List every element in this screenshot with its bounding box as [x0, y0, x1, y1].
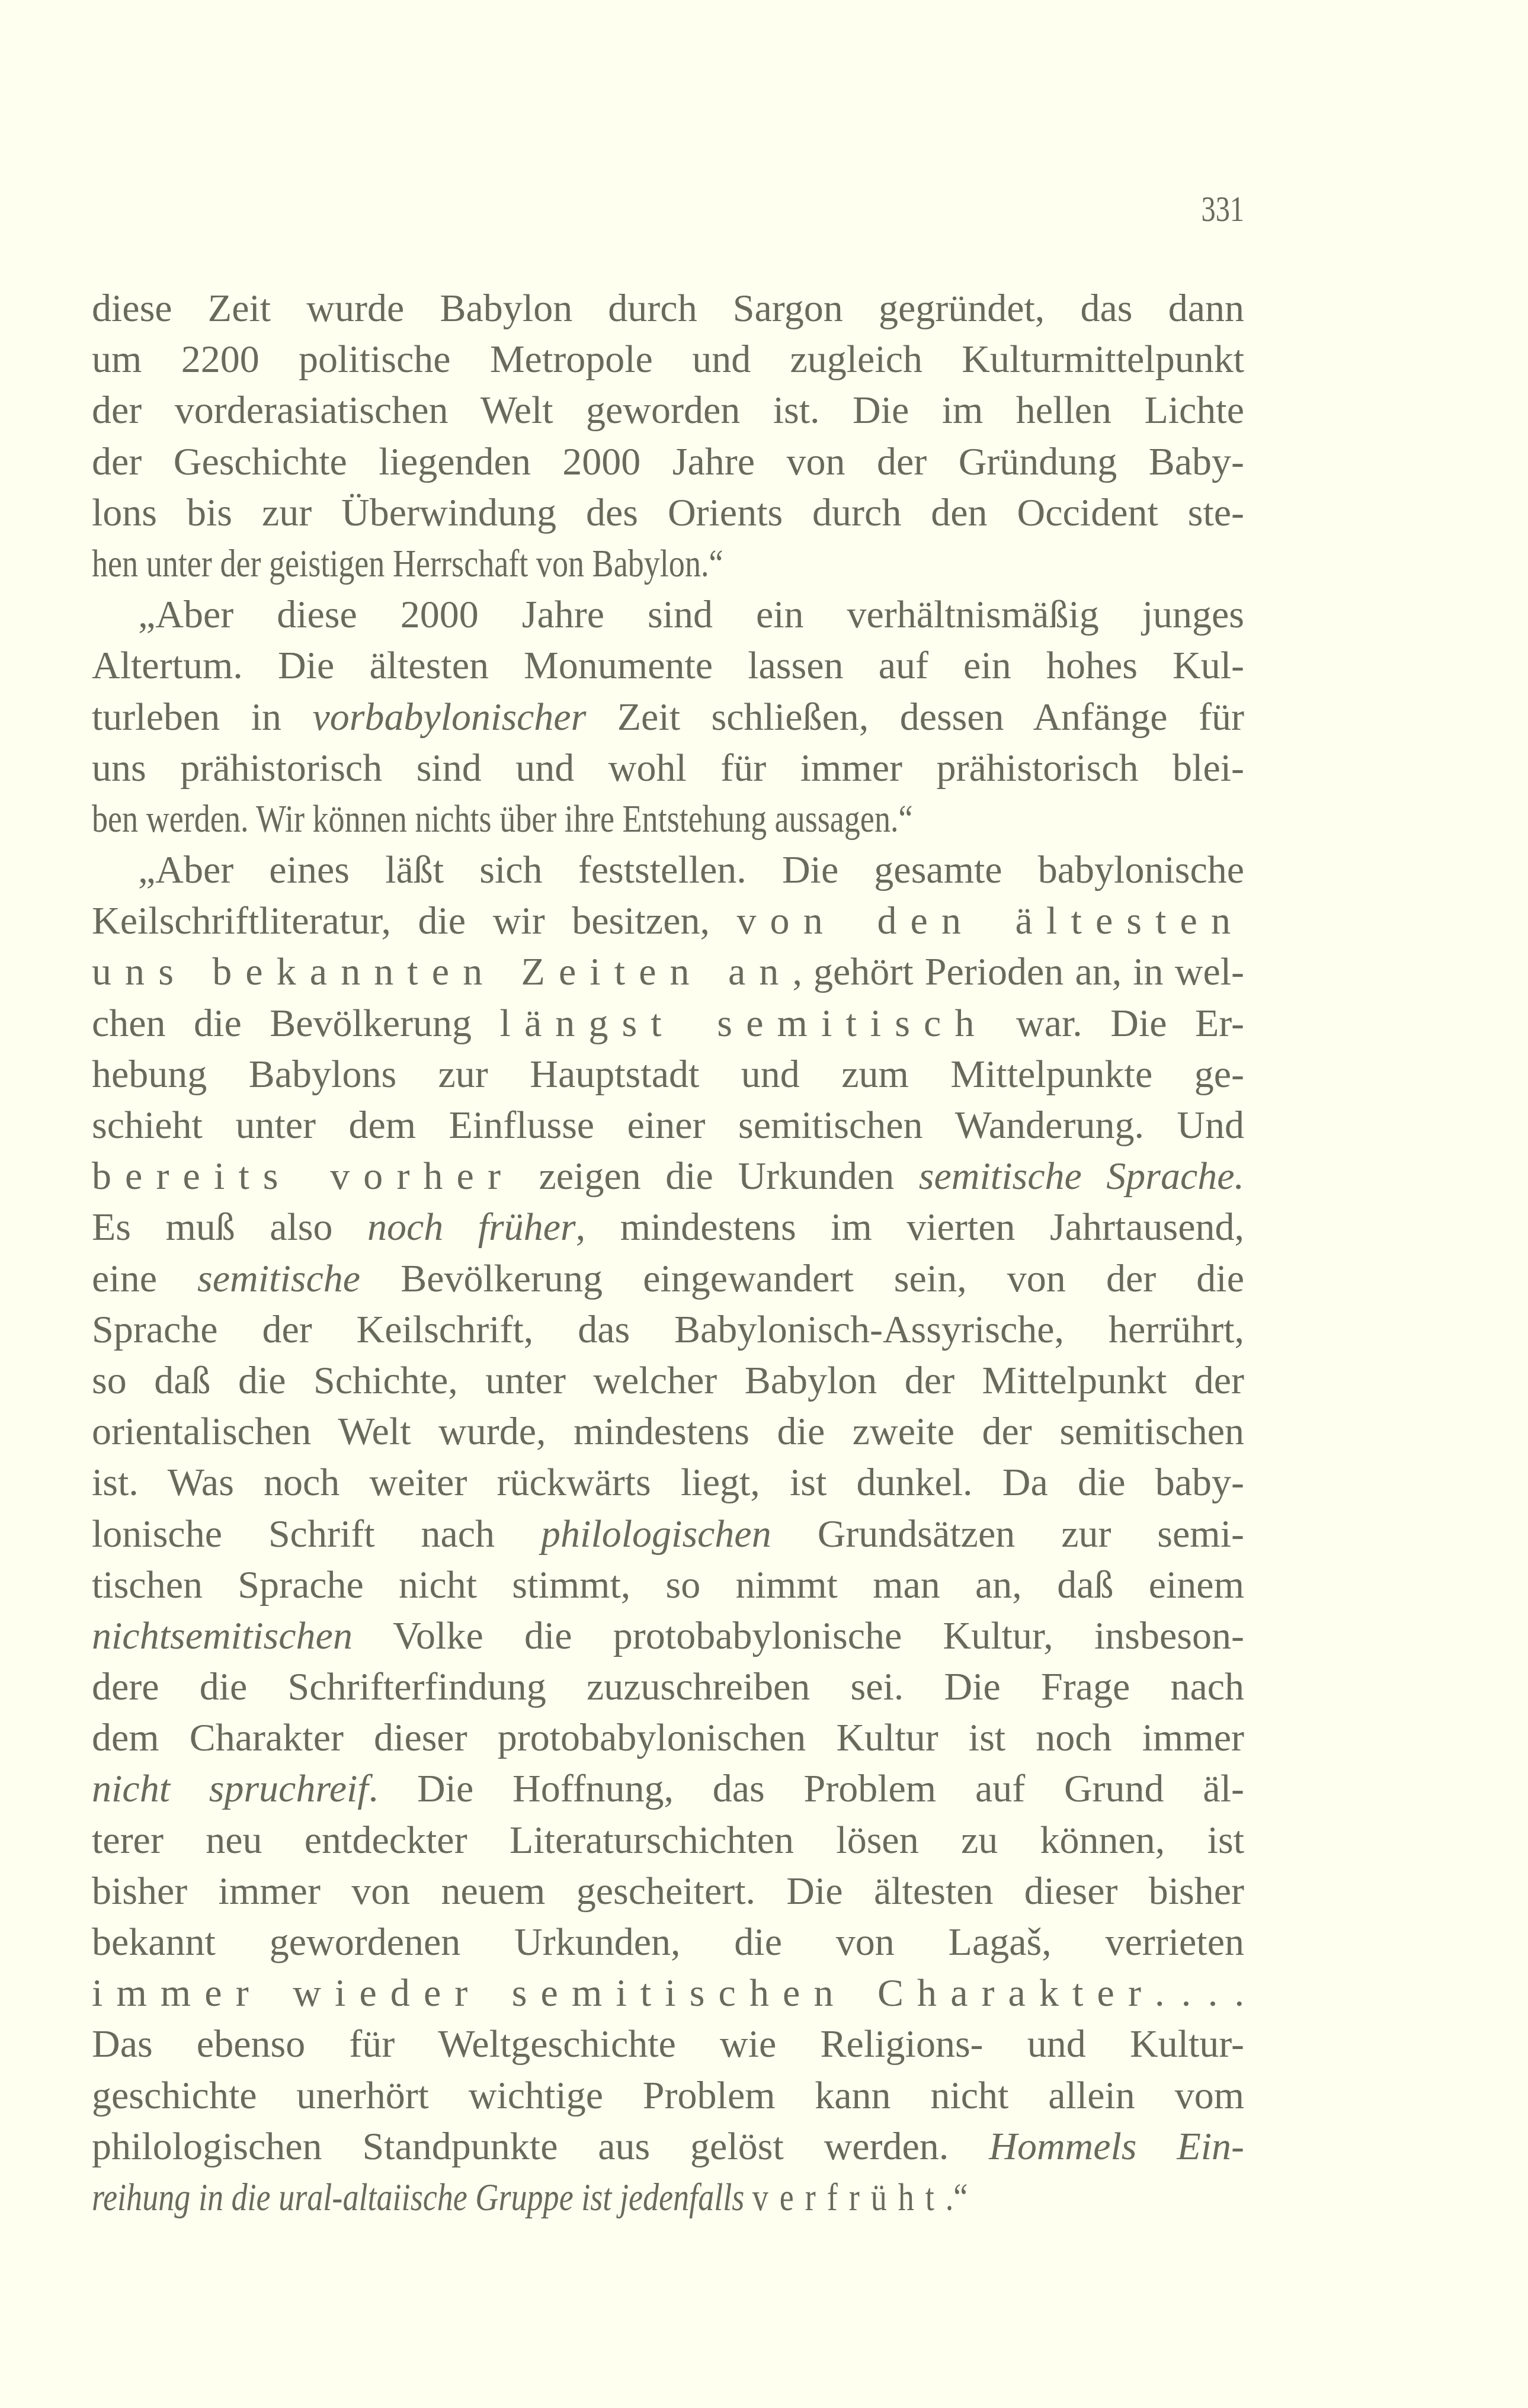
text-line-content: immer wieder semitischen Charakter. . . …	[92, 1968, 1244, 2019]
text-line-content: dere die Schrifterfindung zuzuschreiben …	[92, 1662, 1244, 1713]
italic-emphasis: nichtsemitischen	[92, 1614, 353, 1657]
text-line-content: uns bekannten Zeiten an, gehört Perioden…	[92, 947, 1244, 998]
italic-emphasis: noch früher	[367, 1205, 576, 1249]
text-line: Keilschriftliteratur, die wir besitzen, …	[92, 896, 1244, 947]
text-line: der vorderasiatischen Welt geworden ist.…	[92, 385, 1244, 436]
spaced-emphasis: immer wieder semitischen Charakter	[92, 1971, 1155, 2015]
text-line: dere die Schrifterfindung zuzuschreiben …	[92, 1662, 1244, 1713]
italic-emphasis: reihung in die ural-altaiische Gruppe is…	[92, 2176, 744, 2219]
text-line-content: Sprache der Keilschrift, das Babylonisch…	[92, 1304, 1244, 1355]
text-line: „Aber diese 2000 Jahre sind ein verhältn…	[92, 589, 1244, 640]
text-line: diese Zeit wurde Babylon durch Sargon ge…	[92, 283, 1244, 334]
text-line: ist. Was noch weiter rückwärts liegt, is…	[92, 1457, 1244, 1508]
text-line-content: so daß die Schichte, unter welcher Babyl…	[92, 1355, 1244, 1406]
text-line-content: bereits vorher zeigen die Urkunden semit…	[92, 1151, 1244, 1202]
text-line: hen unter der geistigen Herrschaft von B…	[92, 538, 1244, 589]
text-line-content: nicht spruchreif. Die Hoffnung, das Prob…	[92, 1763, 1244, 1814]
text-line-content: um 2200 politische Metropole und zugleic…	[92, 334, 1244, 385]
text-line-content: uns prähistorisch sind und wohl für imme…	[92, 743, 1244, 794]
text-line-content: Das ebenso für Weltgeschichte wie Religi…	[92, 2019, 1244, 2070]
spaced-emphasis: uns bekannten Zeiten an	[92, 950, 792, 993]
text-line: uns bekannten Zeiten an, gehört Perioden…	[92, 947, 1244, 998]
text-line: der Geschichte liegenden 2000 Jahre von …	[92, 437, 1244, 488]
text-line-content: hen unter der geistigen Herrschaft von B…	[92, 538, 1037, 589]
text-line-content: reihung in die ural-altaiische Gruppe is…	[92, 2172, 1037, 2223]
text-line-content: nichtsemitischen Volke die protobabyloni…	[92, 1611, 1244, 1662]
text-line: bekannt gewordenen Urkunden, die von Lag…	[92, 1917, 1244, 1968]
page-number: 331	[1180, 188, 1244, 230]
spaced-emphasis: von den ältesten	[736, 899, 1244, 942]
text-line: reihung in die ural-altaiische Gruppe is…	[92, 2172, 1244, 2223]
text-line-content: ist. Was noch weiter rückwärts liegt, is…	[92, 1457, 1244, 1508]
text-line: schieht unter dem Einflusse einer semiti…	[92, 1100, 1244, 1151]
text-line-content: der Geschichte liegenden 2000 Jahre von …	[92, 437, 1244, 488]
text-line: lonische Schrift nach philologischen Gru…	[92, 1509, 1244, 1560]
text-line-content: orientalischen Welt wurde, mindestens di…	[92, 1406, 1244, 1457]
text-line-content: turleben in vorbabylonischer Zeit schlie…	[92, 692, 1244, 743]
italic-emphasis: semitische Sprache.	[919, 1155, 1244, 1198]
text-line: hebung Babylons zur Hauptstadt und zum M…	[92, 1049, 1244, 1100]
text-line: geschichte unerhört wichtige Problem kan…	[92, 2070, 1244, 2121]
text-line: Altertum. Die ältesten Monumente lassen …	[92, 640, 1244, 691]
text-line: philologischen Standpunkte aus gelöst we…	[92, 2121, 1244, 2172]
text-line: um 2200 politische Metropole und zugleic…	[92, 334, 1244, 385]
text-line-content: schieht unter dem Einflusse einer semiti…	[92, 1100, 1244, 1151]
text-line-content: diese Zeit wurde Babylon durch Sargon ge…	[92, 283, 1244, 334]
text-line-content: ben werden. Wir können nichts über ihre …	[92, 794, 1037, 845]
text-line-content: chen die Bevölkerung längst semitisch wa…	[92, 998, 1244, 1049]
text-line: bisher immer von neuem gescheitert. Die …	[92, 1866, 1244, 1917]
text-line-content: Es muß also noch früher, mindestens im v…	[92, 1202, 1244, 1253]
italic-emphasis: philologischen	[541, 1512, 771, 1556]
text-line: turleben in vorbabylonischer Zeit schlie…	[92, 692, 1244, 743]
text-line-content: der vorderasiatischen Welt geworden ist.…	[92, 385, 1244, 436]
text-line: terer neu entdeckter Literaturschichten …	[92, 1815, 1244, 1866]
text-line-content: Keilschriftliteratur, die wir besitzen, …	[92, 896, 1244, 947]
body-text: diese Zeit wurde Babylon durch Sargon ge…	[92, 283, 1244, 2223]
text-line: immer wieder semitischen Charakter. . . …	[92, 1968, 1244, 2019]
text-line: dem Charakter dieser protobabylonischen …	[92, 1713, 1244, 1763]
text-line: Es muß also noch früher, mindestens im v…	[92, 1202, 1244, 1253]
text-line: orientalischen Welt wurde, mindestens di…	[92, 1406, 1244, 1457]
text-line-content: philologischen Standpunkte aus gelöst we…	[92, 2121, 1244, 2172]
text-line: tischen Sprache nicht stimmt, so nimmt m…	[92, 1560, 1244, 1611]
text-line-content: „Aber eines läßt sich feststellen. Die g…	[92, 845, 1244, 896]
text-line-content: geschichte unerhört wichtige Problem kan…	[92, 2070, 1244, 2121]
italic-emphasis: semitische	[197, 1257, 360, 1300]
spaced-emphasis: verfrüht	[752, 2176, 946, 2219]
italic-emphasis: nicht spruchreif	[92, 1767, 369, 1810]
text-line-content: hebung Babylons zur Hauptstadt und zum M…	[92, 1049, 1244, 1100]
text-line-content: tischen Sprache nicht stimmt, so nimmt m…	[92, 1560, 1244, 1611]
italic-emphasis: vorbabylonischer	[312, 695, 586, 739]
text-line-content: lonische Schrift nach philologischen Gru…	[92, 1509, 1244, 1560]
text-line: Das ebenso für Weltgeschichte wie Religi…	[92, 2019, 1244, 2070]
spaced-emphasis: bereits vorher	[92, 1155, 514, 1198]
text-line: eine semitische Bevölkerung eingewandert…	[92, 1253, 1244, 1304]
text-line: ben werden. Wir können nichts über ihre …	[92, 794, 1244, 845]
text-line-content: bisher immer von neuem gescheitert. Die …	[92, 1866, 1244, 1917]
text-line: uns prähistorisch sind und wohl für imme…	[92, 743, 1244, 794]
text-line-content: bekannt gewordenen Urkunden, die von Lag…	[92, 1917, 1244, 1968]
text-line: nichtsemitischen Volke die protobabyloni…	[92, 1611, 1244, 1662]
text-line-content: dem Charakter dieser protobabylonischen …	[92, 1713, 1244, 1763]
text-line-content: lons bis zur Überwindung des Orients dur…	[92, 488, 1244, 538]
text-line: so daß die Schichte, unter welcher Babyl…	[92, 1355, 1244, 1406]
text-line-content: eine semitische Bevölkerung eingewandert…	[92, 1253, 1244, 1304]
text-line: chen die Bevölkerung längst semitisch wa…	[92, 998, 1244, 1049]
text-line-content: Altertum. Die ältesten Monumente lassen …	[92, 640, 1244, 691]
text-line: Sprache der Keilschrift, das Babylonisch…	[92, 1304, 1244, 1355]
text-line-content: terer neu entdeckter Literaturschichten …	[92, 1815, 1244, 1866]
italic-emphasis: Hommels Ein-	[989, 2125, 1244, 2168]
text-line-content: „Aber diese 2000 Jahre sind ein verhältn…	[92, 589, 1244, 640]
text-line: lons bis zur Überwindung des Orients dur…	[92, 488, 1244, 538]
spaced-emphasis: längst semitisch	[500, 1002, 988, 1045]
text-line: „Aber eines läßt sich feststellen. Die g…	[92, 845, 1244, 896]
text-line: nicht spruchreif. Die Hoffnung, das Prob…	[92, 1763, 1244, 1814]
text-line: bereits vorher zeigen die Urkunden semit…	[92, 1151, 1244, 1202]
